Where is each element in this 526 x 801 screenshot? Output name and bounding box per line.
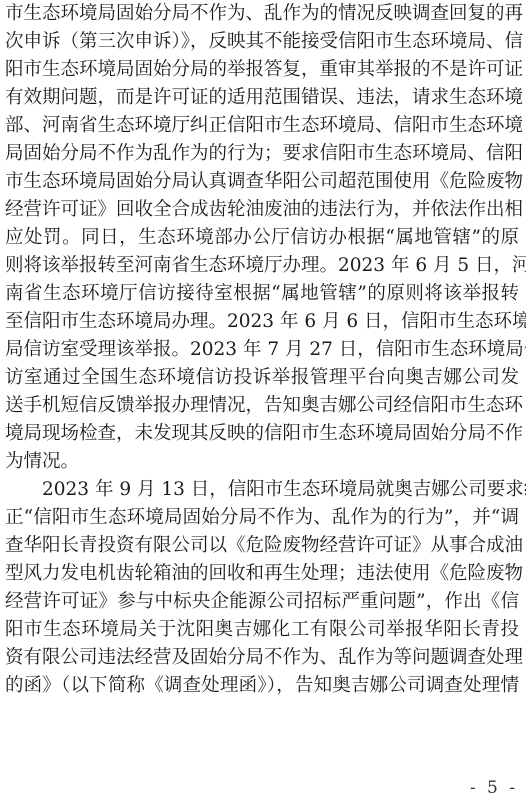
text-line: 有效期问题，而是许可证的适用范围错误、违法，请求生态环境: [5, 84, 519, 112]
text-line: 资有限公司违法经营及固始分局不作为、乱作为等问题调查处理: [5, 644, 519, 672]
text-line: 至信阳市生态环境局办理。2023 年 6 月 6 日，信阳市生态环境: [5, 308, 519, 336]
text-line: 阳市生态环境局固始分局的举报答复，重审其举报的不是许可证: [5, 56, 519, 84]
text-line: 市生态环境局固始分局认真调查华阳公司超范围使用《危险废物: [5, 168, 519, 196]
text-line: 访室通过全国生态环境信访投诉举报管理平台向奥吉娜公司发: [5, 364, 519, 392]
text-line: 局信访室受理该举报。2023 年 7 月 27 日，信阳市生态环境局信: [5, 336, 519, 364]
text-line: 查华阳长青投资有限公司以《危险废物经营许可证》从事合成油: [5, 532, 519, 560]
text-line: 阳市生态环境局关于沈阳奥吉娜化工有限公司举报华阳长青投: [5, 616, 519, 644]
document-page: 市生态环境局固始分局不作为、乱作为的情况反映调查回复的再 次申诉（第三次申诉）》…: [0, 0, 526, 801]
text-line: 次申诉（第三次申诉）》，反映其不能接受信阳市生态环境局、信: [5, 28, 519, 56]
text-line: 应处罚。同日，生态环境部办公厅信访办根据“属地管辖”的原: [5, 224, 519, 252]
page-number: - 5 -: [470, 776, 518, 800]
text-line: 经营许可证》参与中标央企能源公司招标严重问题”，作出《信: [5, 588, 519, 616]
text-line: 市生态环境局固始分局不作为、乱作为的情况反映调查回复的再: [5, 0, 519, 28]
text-line: 则将该举报转至河南省生态环境厅办理。2023 年 6 月 5 日，河: [5, 252, 519, 280]
text-line: 南省生态环境厅信访接待室根据“属地管辖”的原则将该举报转: [5, 280, 519, 308]
text-line: 型风力发电机齿轮箱油的回收和再生处理；违法使用《危险废物: [5, 560, 519, 588]
text-line-paragraph-start: 2023 年 9 月 13 日，信阳市生态环境局就奥吉娜公司要求纠: [42, 476, 519, 504]
text-line: 部、河南省生态环境厅纠正信阳市生态环境局、信阳市生态环境: [5, 112, 519, 140]
text-line: 为情况。: [5, 448, 519, 476]
text-line: 正“信阳市生态环境局固始分局不作为、乱作为的行为”，并“调: [5, 504, 519, 532]
text-line: 境局现场检查，未发现其反映的信阳市生态环境局固始分局不作: [5, 420, 519, 448]
text-line: 经营许可证》回收全合成齿轮油废油的违法行为，并依法作出相: [5, 196, 519, 224]
text-line: 局固始分局不作为乱作为的行为；要求信阳市生态环境局、信阳: [5, 140, 519, 168]
text-line: 的函》（以下简称《调查处理函》），告知奥吉娜公司调查处理情: [5, 672, 519, 700]
text-line: 送手机短信反馈举报办理情况，告知奥吉娜公司经信阳市生态环: [5, 392, 519, 420]
